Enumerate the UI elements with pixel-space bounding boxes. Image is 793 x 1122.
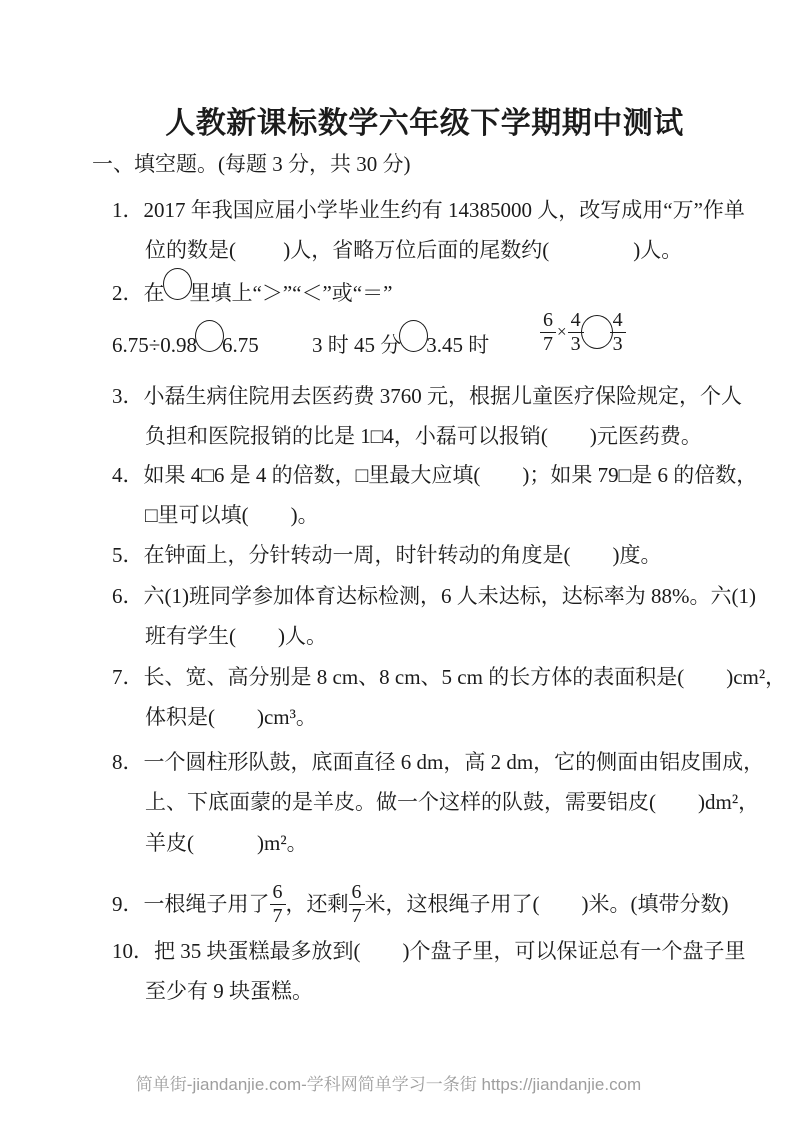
question-9-line-1: 9．一根绳子用了 6 7 ，还剩 6 7 米，这根绳子用了( )米。(填带分数): [112, 876, 728, 932]
fraction: 6 7: [270, 882, 286, 927]
expression-1-right: 6.75: [222, 331, 259, 359]
question-2-expression-2: 3 时 45 分 3.45 时: [312, 320, 489, 359]
question-10-line-1: 10．把 35 块蛋糕最多放到( )个盘子里，可以保证总有一个盘子里: [112, 937, 745, 965]
question-5-line-1: 5．在钟面上，分针转动一周，时针转动的角度是( )度。: [112, 541, 661, 569]
expression-2-right: 3.45 时: [426, 331, 489, 359]
expression-2-left: 3 时 45 分: [312, 331, 401, 359]
watermark-footer: 简单街-jiandanjie.com-学科网简单学习一条街 https://ji…: [0, 1070, 777, 1095]
question-8-line-3: 羊皮( )m²。: [145, 829, 308, 857]
question-3-line-2: 负担和医院报销的比是 1□4，小磊可以报销( )元医药费。: [145, 422, 702, 450]
question-2-expression-3: 6 7 × 4 3 4 3: [540, 302, 626, 362]
fraction: 4 3: [610, 310, 626, 355]
comparison-circle: [163, 268, 192, 300]
question-2-suffix: 里填上“＞”“＜”或“＝”: [190, 279, 393, 307]
question-6-line-2: 班有学生( )人。: [145, 622, 327, 650]
question-8-line-2: 上、下底面蒙的是羊皮。做一个这样的队鼓，需要铝皮( )dm²，: [145, 788, 759, 816]
question-3-line-1: 3．小磊生病住院用去医药费 3760 元，根据儿童医疗保险规定，个人: [112, 382, 742, 410]
question-7-line-2: 体积是( )cm³。: [145, 703, 317, 731]
question-1-line-2: 位的数是( )人，省略万位后面的尾数约( )人。: [145, 236, 682, 264]
question-9-suffix: 米，这根绳子用了( )米。(填带分数): [365, 890, 729, 918]
fraction: 6 7: [349, 882, 365, 927]
question-2-prefix: 2．在: [112, 279, 165, 307]
fraction: 6 7: [540, 310, 556, 355]
question-1-line-1: 1．2017 年我国应届小学毕业生约有 14385000 人，改写成用“万”作单: [112, 196, 745, 224]
page-title: 人教新课标数学六年级下学期期中测试: [0, 98, 793, 142]
question-10-line-2: 至少有 9 块蛋糕。: [145, 977, 313, 1005]
question-9-prefix: 9．一根绳子用了: [112, 890, 270, 918]
question-7-line-1: 7．长、宽、高分别是 8 cm、8 cm、5 cm 的长方体的表面积是( )cm…: [112, 663, 786, 691]
multiply-sign: ×: [556, 318, 568, 346]
test-paper-page: 人教新课标数学六年级下学期期中测试 一、填空题。(每题 3 分，共 30 分) …: [0, 0, 793, 1122]
question-6-line-1: 6．六(1)班同学参加体育达标检测，6 人未达标，达标率为 88%。六(1): [112, 582, 756, 610]
question-4-line-2: □里可以填( )。: [145, 501, 319, 529]
question-2-line-1: 2．在 里填上“＞”“＜”或“＝”: [112, 268, 392, 307]
question-8-line-1: 8．一个圆柱形队鼓，底面直径 6 dm，高 2 dm，它的侧面由铝皮围成，: [112, 748, 764, 776]
comparison-circle: [399, 320, 428, 352]
comparison-circle: [195, 320, 224, 352]
question-9-middle: ，还剩: [286, 890, 349, 918]
question-2-expression-1: 6.75÷0.98 6.75: [112, 320, 259, 359]
question-4-line-1: 4．如果 4□6 是 4 的倍数，□里最大应填( )；如果 79□是 6 的倍数…: [112, 461, 757, 489]
expression-1-left: 6.75÷0.98: [112, 331, 197, 359]
comparison-circle: [581, 315, 613, 349]
section-heading: 一、填空题。(每题 3 分，共 30 分): [92, 150, 411, 178]
